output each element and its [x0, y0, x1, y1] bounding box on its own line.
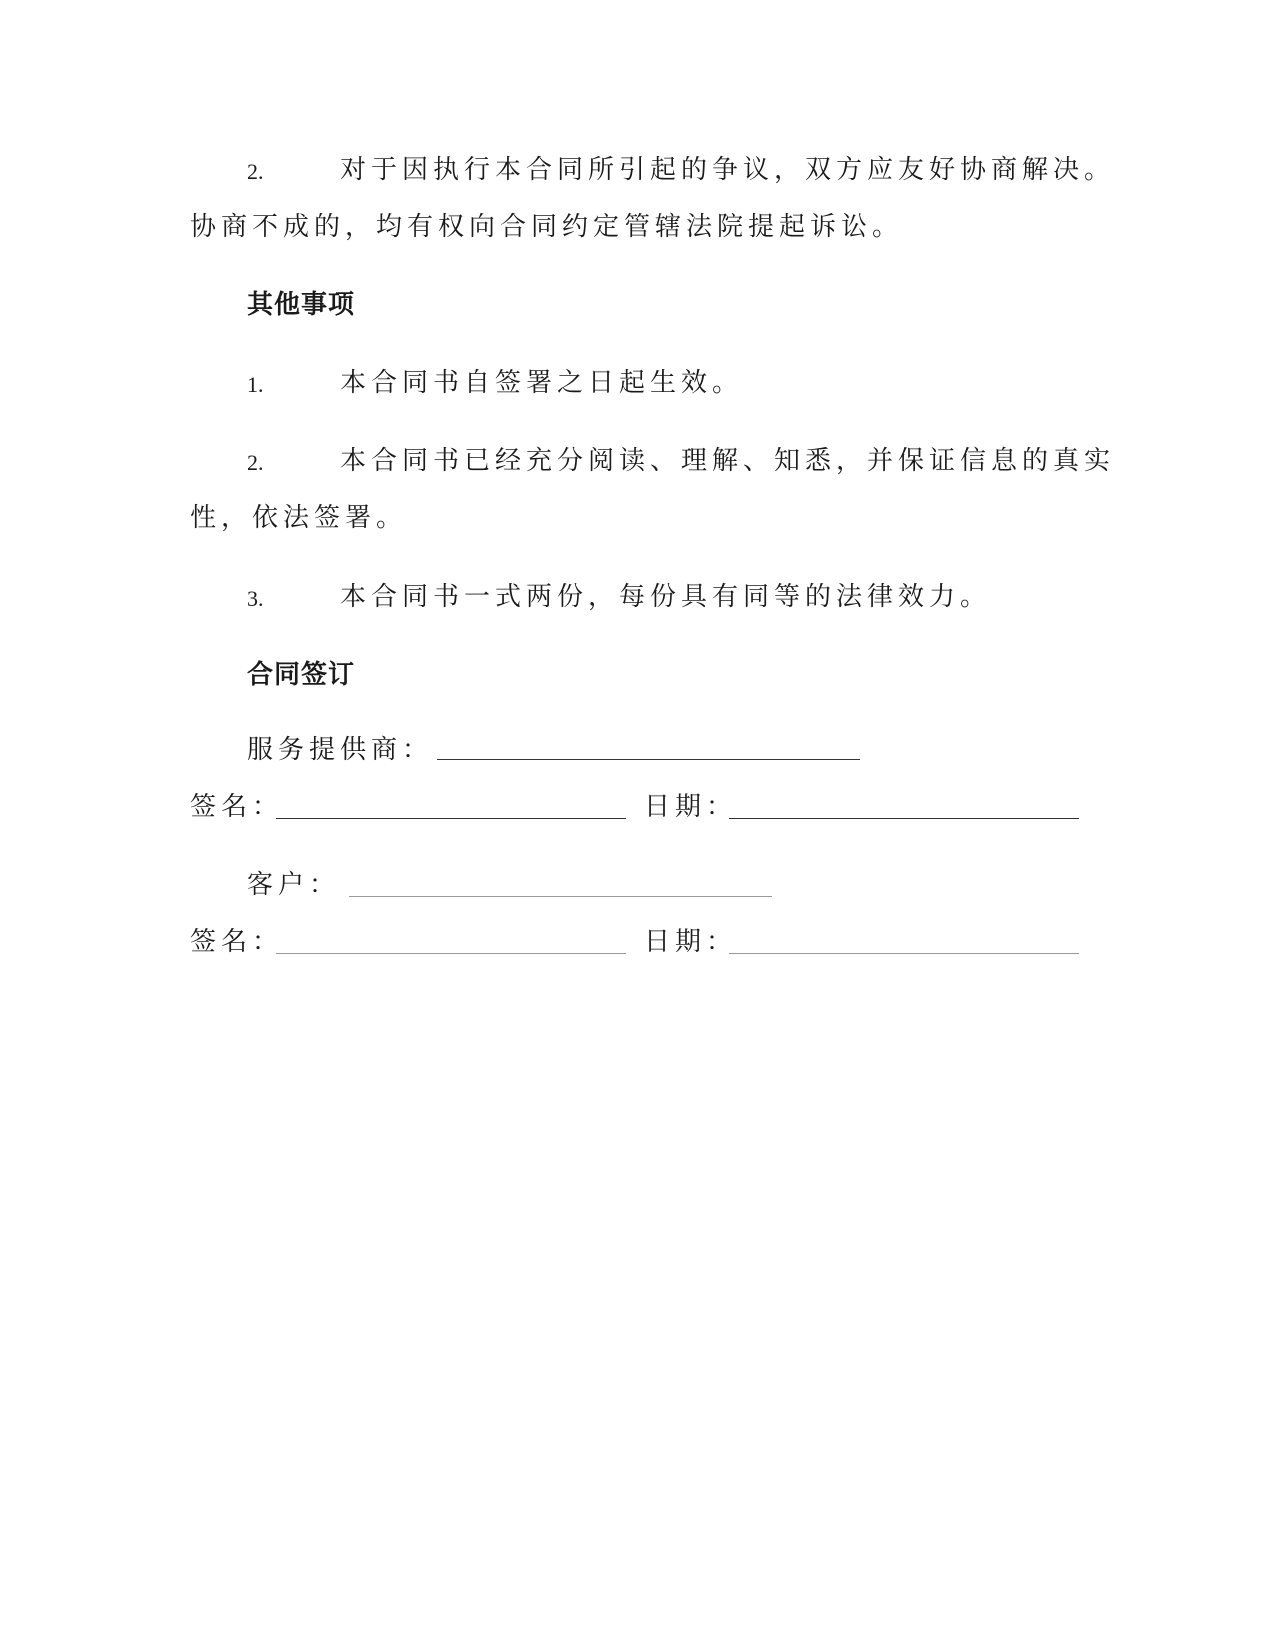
client-signature-label: 签名：	[190, 927, 283, 957]
provider-date-field[interactable]	[729, 818, 1079, 819]
list-number: 3.	[247, 584, 264, 614]
provider-name-field[interactable]	[437, 759, 860, 760]
paragraph-line: 本合同书一式两份，每份具有同等的法律效力。	[340, 582, 991, 612]
client-label: 客户：	[247, 870, 340, 900]
list-number: 2.	[247, 157, 264, 187]
provider-label: 服务提供商：	[247, 735, 433, 765]
client-date-label: 日期：	[644, 927, 737, 957]
client-name-field[interactable]	[349, 896, 772, 897]
provider-signature-field[interactable]	[276, 818, 626, 819]
client-signature-field[interactable]	[276, 953, 626, 954]
list-number: 1.	[247, 370, 264, 400]
paragraph-line: 协商不成的，均有权向合同约定管辖法院提起诉讼。	[190, 212, 903, 242]
provider-signature-label: 签名：	[190, 792, 283, 822]
list-number: 2.	[247, 448, 264, 478]
provider-date-label: 日期：	[644, 792, 737, 822]
paragraph-line: 本合同书已经充分阅读、理解、知悉，并保证信息的真实	[340, 446, 1115, 476]
client-date-field[interactable]	[729, 953, 1079, 954]
section-heading-signing: 合同签订	[247, 660, 355, 690]
paragraph-line: 对于因执行本合同所引起的争议，双方应友好协商解决。	[340, 155, 1115, 185]
paragraph-line: 本合同书自签署之日起生效。	[340, 368, 743, 398]
paragraph-line: 性，依法签署。	[190, 503, 407, 533]
section-heading-other-matters: 其他事项	[247, 290, 355, 320]
